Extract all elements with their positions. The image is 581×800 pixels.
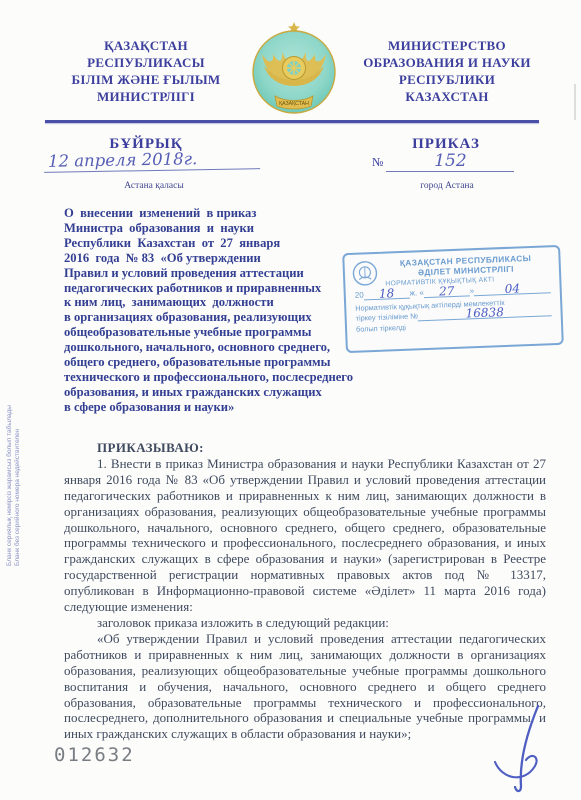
stamp-handwritten-month: 04 [474,282,551,296]
order-date-field: 12 апреля 2018г. [44,150,264,171]
body-paragraph-2: заголовок приказа изложить в следующий р… [64,615,546,631]
blank-serial-number: 012632 [54,744,135,766]
justice-registration-stamp: ҚАЗАҚСТАН РЕСПУБЛИКАСЫ ӘДІЛЕТ МИНИСТРЛІГ… [342,245,564,353]
scan-edge-artifact [574,84,576,120]
handwritten-order-number: 152 [386,151,514,172]
emblem-banner-label: ҚАЗАҚСТАН [279,101,309,107]
ministry-name-russian: МИНИСТЕРСТВО ОБРАЗОВАНИЯ И НАУКИ РЕСПУБЛ… [344,37,550,105]
order-number-field: № 152 [372,151,532,172]
issue-place-kazakh: Астана қаласы [44,181,264,191]
stamp-date-mid: ж. « [409,288,424,299]
stamp-date-prefix: 20 [355,290,364,300]
ministry-name-kazakh: ҚАЗАҚСТАН РЕСПУБЛИКАСЫ БІЛІМ ЖӘНЕ ҒЫЛЫМ … [50,37,242,105]
stamp-handwritten-day: 27 [424,285,470,298]
stamp-emblem-icon [351,260,378,292]
handwritten-date: 12 апреля 2018г. [44,148,260,173]
kazakhstan-coat-of-arms-icon: ҚАЗАҚСТАН [249,20,339,123]
order-document-page: Бланк сериялық нөмірсіз жарамсыз болып т… [0,0,581,800]
issue-place-russian: город Астана [377,181,517,191]
handwritten-signature-mark [486,700,544,800]
resolve-word: ПРИКАЗЫВАЮ: [64,440,546,456]
number-sign: № [372,155,383,169]
body-paragraph-1: 1. Внести в приказ Министра образования … [64,456,546,615]
header-divider-line [45,120,539,123]
blank-security-text: Бланк сериялық нөмірсіз жарамсыз болып т… [6,356,22,566]
body-paragraph-3: «Об утверждении Правил и условий проведе… [64,631,546,742]
order-body: ПРИКАЗЫВАЮ: 1. Внести в приказ Министра … [64,440,546,742]
